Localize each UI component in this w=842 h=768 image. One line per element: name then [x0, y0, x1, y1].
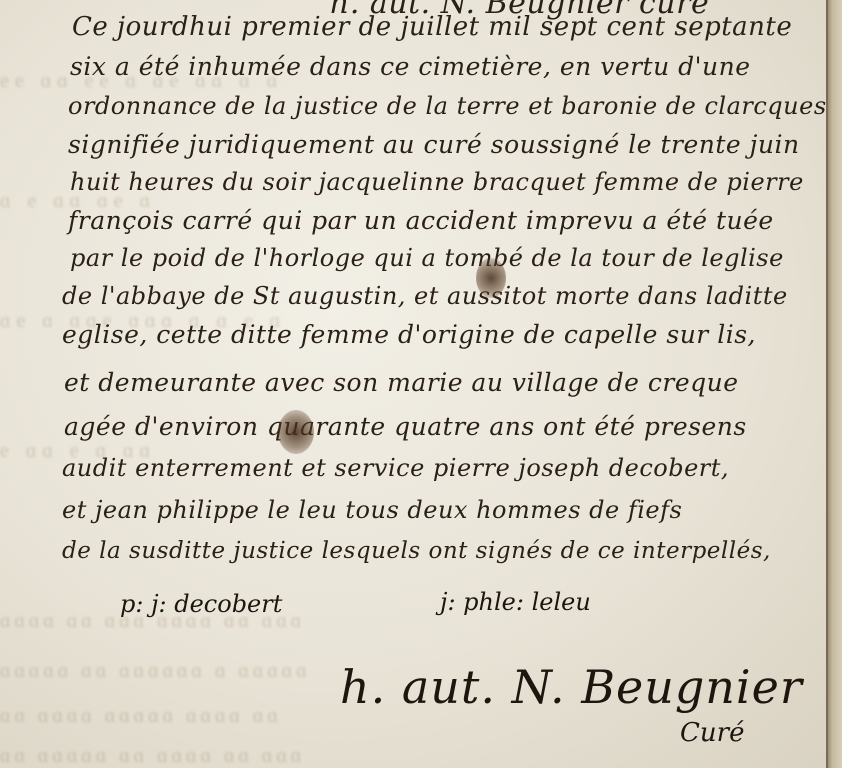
text-line-12: audit enterrement et service pierre jose… — [62, 454, 729, 482]
text-line-5: huit heures du soir jacquelinne bracquet… — [70, 168, 804, 196]
text-line-6: françois carré qui par un accident impre… — [68, 206, 774, 235]
priest-title: Curé — [680, 718, 744, 748]
priest-signature: h. aut. N. Beugnier — [340, 660, 803, 714]
bleed-through-text: ɑɑ ɑɑɑɑɑ ɑɑ ɑɑɑɑ ɑɑ ɑɑɑ — [0, 745, 305, 759]
text-line-3: ordonnance de la justice de la terre et … — [68, 92, 827, 120]
text-line-9: eglise, cette ditte femme d'origine de c… — [62, 320, 756, 349]
text-line-7: par le poid de l'horloge qui a tombé de … — [70, 244, 784, 272]
text-line-14: de la susditte justice lesquels ont sign… — [62, 538, 771, 564]
text-line-11: agée d'environ quarante quatre ans ont é… — [64, 412, 747, 441]
manuscript-page: ee ɑɑ ee ɑ ɑe ɑɑ ɑ ɑ ɑ e ɑɑ ɑe ɑ ɑe ɑ ɑɑ… — [0, 0, 842, 768]
text-line-1: Ce jourdhui premier de juillet mil sept … — [72, 12, 792, 42]
text-line-2: six a été inhumée dans ce cimetière, en … — [70, 52, 751, 81]
text-line-4: signifiée juridiquement au curé soussign… — [68, 130, 800, 159]
text-line-8: de l'abbaye de St augustin, et aussitot … — [62, 282, 788, 310]
ink-stain — [476, 258, 506, 298]
text-line-13: et jean philippe le leu tous deux hommes… — [62, 496, 682, 524]
book-binding — [828, 0, 842, 768]
text-line-10: et demeurante avec son marie au village … — [64, 368, 739, 397]
ink-stain — [278, 410, 314, 454]
bleed-through-text: ɑɑɑɑɑ ɑɑ ɑɑɑɑɑɑ ɑ ɑɑɑɑɑ — [0, 660, 311, 674]
witness-signature-leleu: j: phle: leleu — [440, 588, 591, 616]
witness-signature-decobert: p: j: decobert — [120, 590, 282, 618]
bleed-through-text: e ɑɑ e ɑ ɑɑ — [0, 440, 156, 454]
bleed-through-text: ɑɑ ɑɑɑɑ ɑɑɑɑɑ ɑɑɑɑ ɑɑ — [0, 705, 282, 719]
